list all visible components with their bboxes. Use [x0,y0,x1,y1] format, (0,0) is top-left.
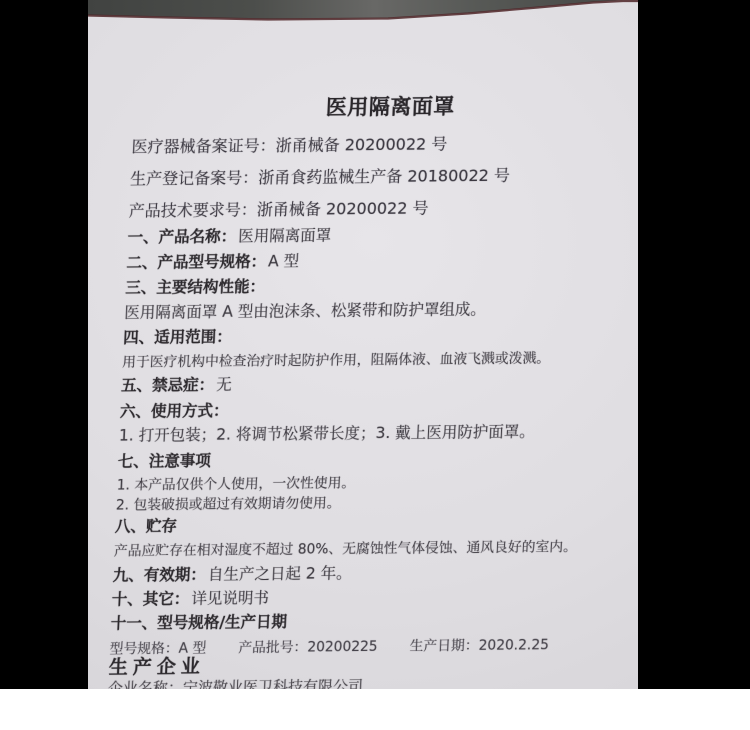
section-model-spec: 二、产品型号规格：A 型 [126,251,300,274]
section-other: 十、其它：详见说明书 [111,588,269,611]
section-value: 无 [216,375,232,393]
section-heading: 九、有效期： [112,566,206,585]
section-body: 1. 打开包装；2. 将调节松紧带长度；3. 戴上医用防护面罩。 [119,423,536,445]
section-storage-heading: 八、贮存 [115,516,178,538]
section-heading: 五、禁忌症： [121,376,215,395]
section-model-date-heading: 十一、型号规格/生产日期 [110,612,287,635]
batch-number-value: 产品批号：20200225 [238,637,378,659]
section-value: 医用隔离面罩 [238,227,332,246]
section-heading: 八、贮存 [115,517,178,536]
product-label-photo: 医用隔离面罩 医疗器械备案证号：浙甬械备 20200022 号 生产登记备案号：… [0,0,750,689]
manufacturer-name-cutoff: 企业名称：宁波敬业医卫科技有限公司 [107,676,363,689]
section-validity: 九、有效期：自生产之日起 2 年。 [112,563,352,586]
section-storage-body: 产品应贮存在相对湿度不超过 80%、无腐蚀性气体侵蚀、通风良好的室内。 [113,537,577,562]
section-heading: 十、其它： [111,590,189,609]
section-heading: 二、产品型号规格： [126,252,266,271]
section-heading: 七、注意事项 [117,452,211,471]
section-heading: 三、主要结构性能： [125,277,265,296]
page: 医用隔离面罩 医疗器械备案证号：浙甬械备 20200022 号 生产登记备案号：… [0,0,750,730]
section-value: 自生产之日起 2 年。 [208,564,353,583]
section-contraindication: 五、禁忌症：无 [121,374,232,396]
section-heading: 六、使用方式： [120,401,229,420]
section-structure-body: 医用隔离面罩 A 型由泡沫条、松紧带和防护罩组成。 [124,299,487,323]
section-scope-heading: 四、适用范围： [123,326,232,348]
page-bottom-strip [0,689,750,730]
section-body: 产品应贮存在相对湿度不超过 80%、无腐蚀性气体侵蚀、通风良好的室内。 [114,539,578,559]
section-body: 医用隔离面罩 A 型由泡沫条、松紧带和防护罩组成。 [124,300,486,321]
section-notes-heading: 七、注意事项 [117,451,211,473]
registration-line-2: 生产登记备案号：浙甬食药监械生产备 20180022 号 [130,165,511,190]
section-body: 1. 本产品仅供个人使用，一次性使用。 [116,475,355,493]
section-body: 用于医疗机构中检查治疗时起防护作用，阻隔体液、血液飞溅或泼溅。 [122,350,551,370]
label-paper: 医用隔离面罩 医疗器械备案证号：浙甬械备 20200022 号 生产登记备案号：… [88,0,638,689]
label-title: 医用隔离面罩 [155,95,626,121]
section-note-2: 2. 包装破损或超过有效期请勿使用。 [115,493,341,516]
section-value: A 型 [268,252,300,270]
production-date-value: 生产日期：2020.2.25 [409,635,549,657]
section-body: 2. 包装破损或超过有效期请勿使用。 [116,495,341,513]
manufacturer-heading: 生产企业 [108,657,205,679]
section-heading: 十一、型号规格/生产日期 [110,613,287,633]
section-product-name: 一、产品名称：医用隔离面罩 [127,226,332,249]
section-structure-heading: 三、主要结构性能： [125,276,265,298]
label-text: 医用隔离面罩 医疗器械备案证号：浙甬械备 20200022 号 生产登记备案号：… [58,0,638,689]
registration-line-1: 医疗器械备案证号：浙甬械备 20200022 号 [131,133,448,157]
section-heading: 一、产品名称： [127,227,236,246]
section-scope-body: 用于医疗机构中检查治疗时起防护作用，阻隔体液、血液飞溅或泼溅。 [122,348,551,373]
section-usage-body: 1. 打开包装；2. 将调节松紧带长度；3. 戴上医用防护面罩。 [119,422,536,447]
section-usage-heading: 六、使用方式： [120,400,229,422]
registration-line-3: 产品技术要求号：浙甬械备 20200022 号 [128,198,429,222]
section-value: 详见说明书 [191,589,269,608]
section-heading: 四、适用范围： [123,327,232,346]
